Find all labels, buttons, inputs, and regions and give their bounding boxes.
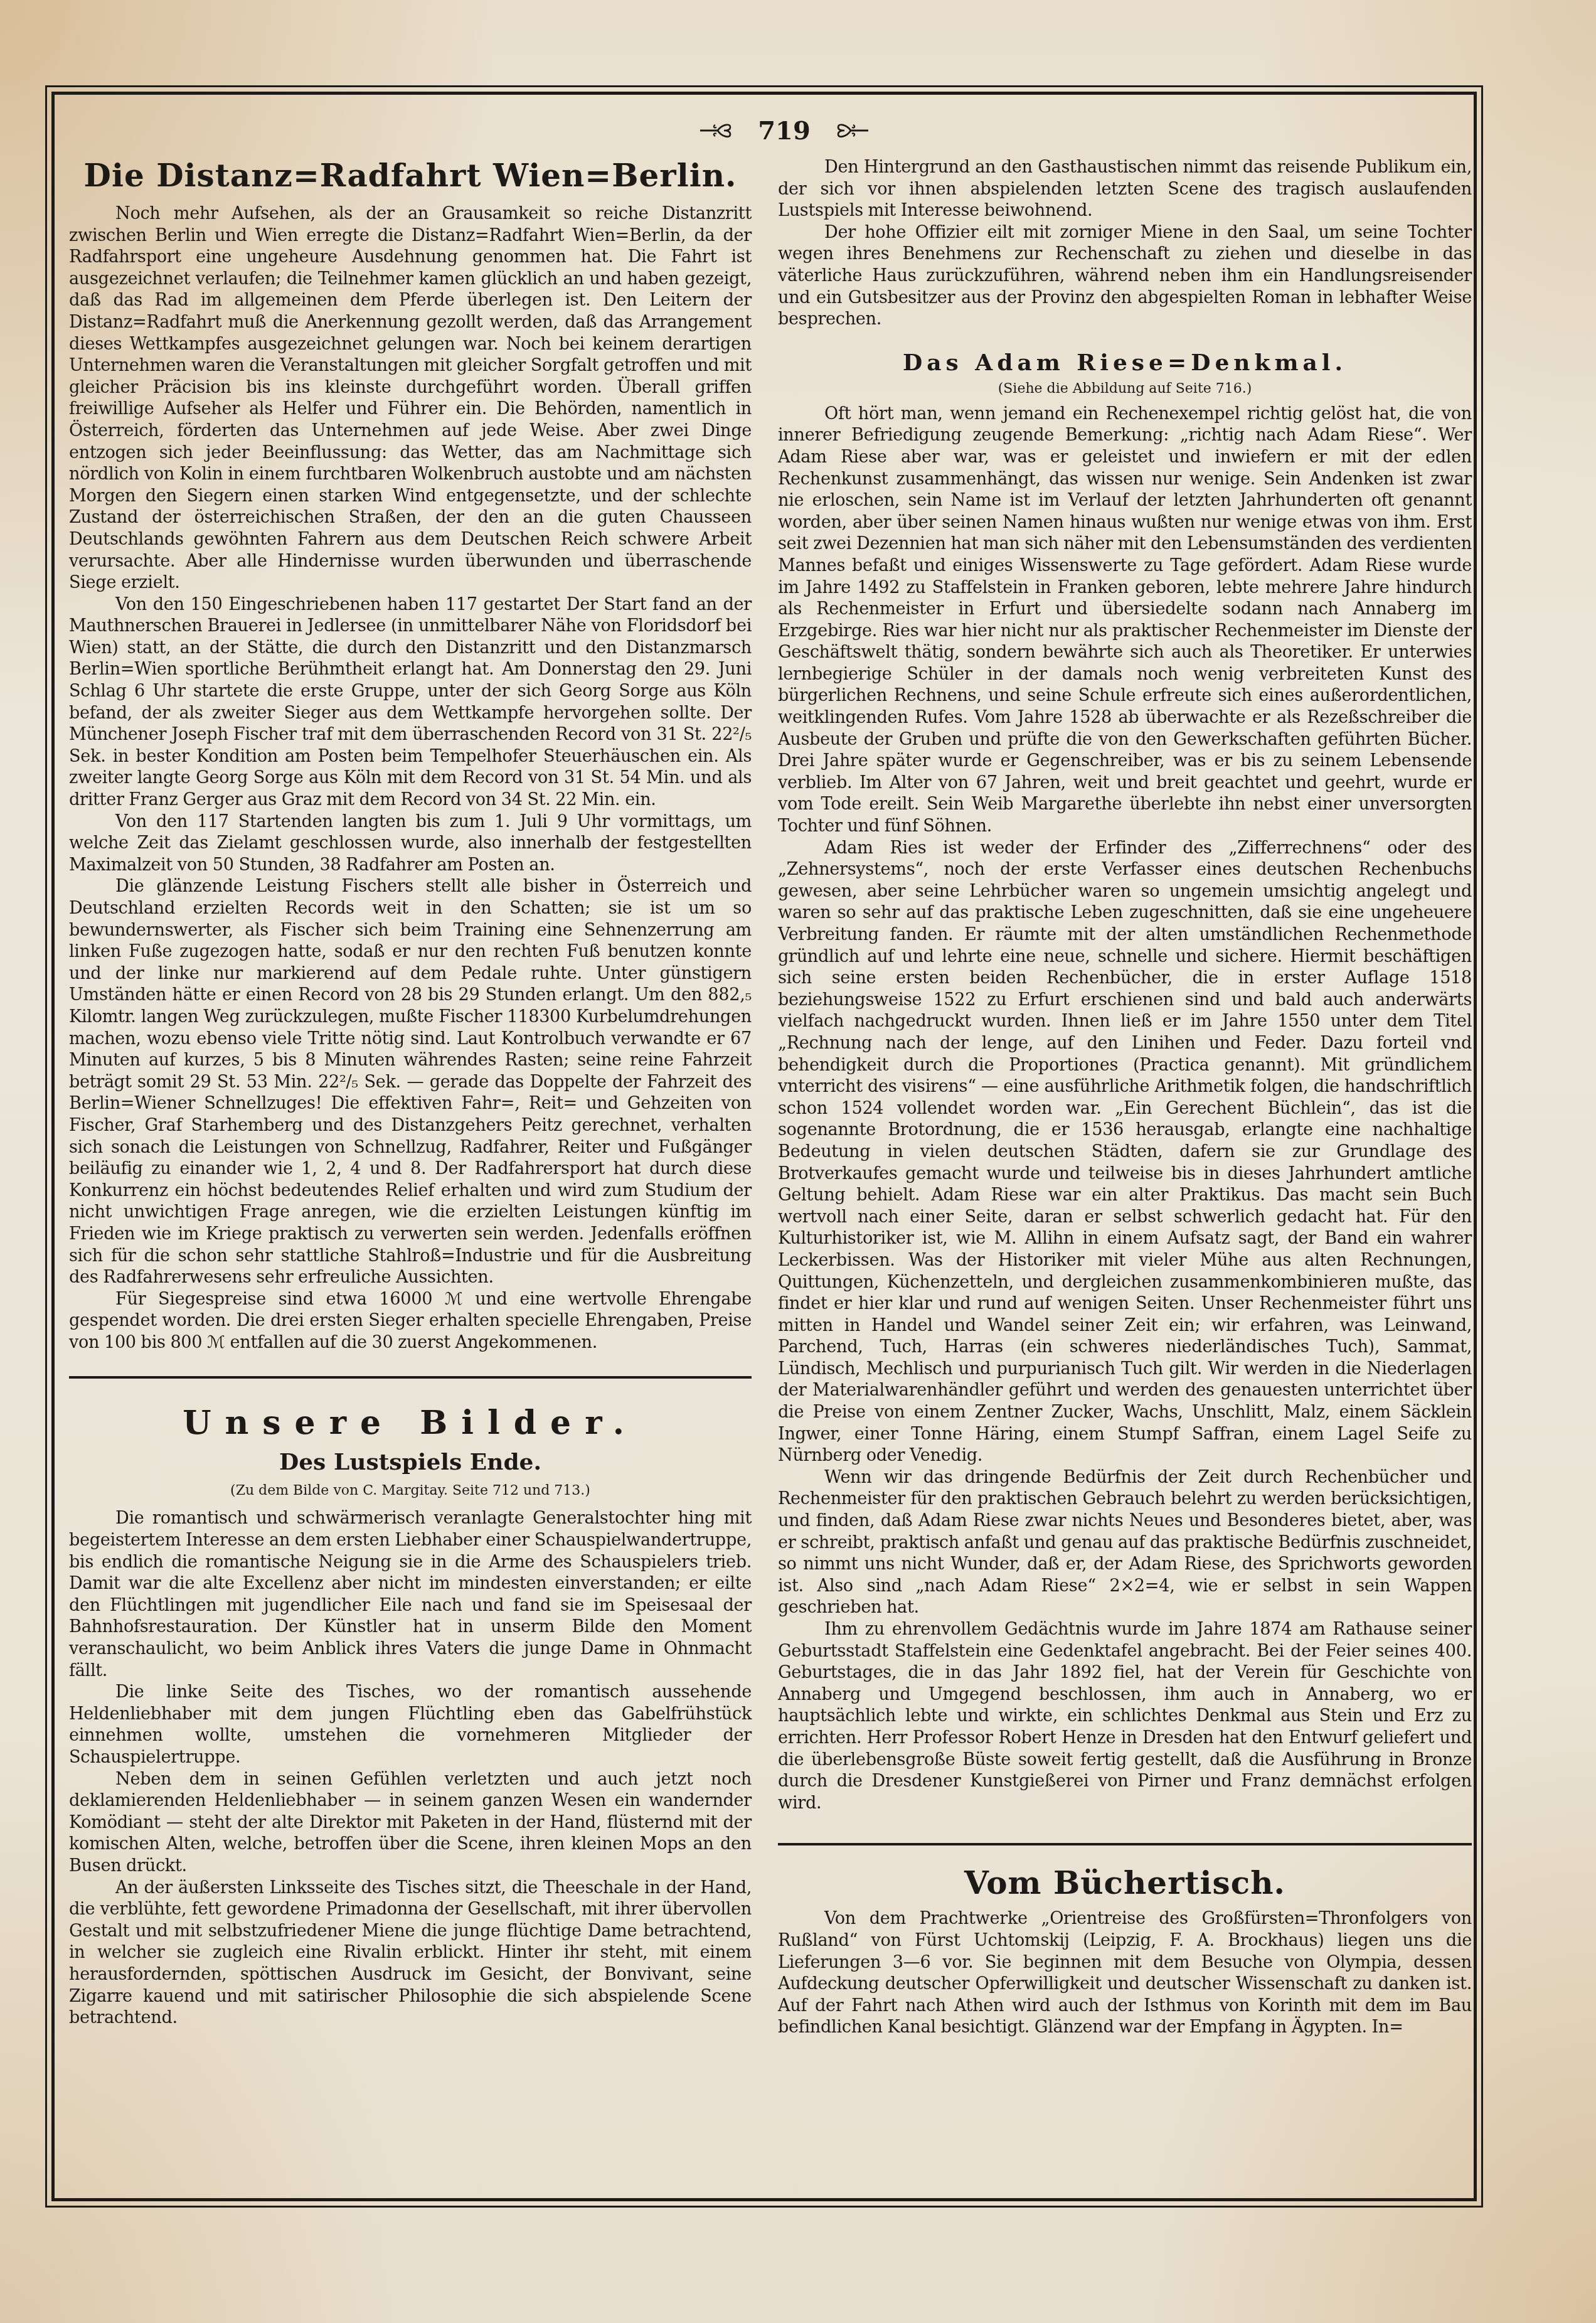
article-title: Die Distanz=Radfahrt Wien=Berlin. — [69, 157, 752, 195]
section-divider — [778, 1843, 1472, 1845]
article-title: Das Adam Riese=Denkmal. — [778, 348, 1472, 377]
article-paragraph: Neben dem in seinen Gefühlen verletzten … — [69, 1769, 752, 1877]
article-paragraph: Der hohe Offizier eilt mit zorniger Mien… — [778, 222, 1472, 331]
article-paragraph: Die linke Seite des Tisches, wo der roma… — [69, 1682, 752, 1768]
article-title: Unsere Bilder. — [69, 1404, 752, 1443]
section-divider — [69, 1376, 752, 1379]
article-paragraph: Ihm zu ehrenvollem Gedächtnis wurde im J… — [778, 1619, 1472, 1814]
article-subtitle: Des Lustspiels Ende. — [69, 1448, 752, 1477]
article-paragraph: Von den 150 Eingeschriebenen haben 117 g… — [69, 594, 752, 811]
article-paragraph: Von dem Prachtwerke „Orientreise des Gro… — [778, 1908, 1472, 2039]
article-paragraph: Noch mehr Aufsehen, als der an Grausamke… — [69, 203, 752, 594]
article-title: Vom Büchertisch. — [778, 1864, 1472, 1902]
fleuron-right-icon — [834, 120, 870, 141]
article-caption: (Siehe die Abbildung auf Seite 716.) — [778, 378, 1472, 400]
page-header: 719 — [690, 112, 878, 149]
article-caption: (Zu dem Bilde von C. Margitay. Seite 712… — [69, 1480, 752, 1502]
article-paragraph: An der äußersten Linksseite des Tisches … — [69, 1877, 752, 2029]
article-paragraph: Oft hört man, wenn jemand ein Rechenexem… — [778, 403, 1472, 838]
article-paragraph: Die romantisch und schwärmerisch veranla… — [69, 1508, 752, 1682]
page-number: 719 — [758, 116, 811, 146]
article-continuation: Den Hintergrund an den Gasthaustischen n… — [778, 157, 1472, 331]
article-paragraph: Adam Ries ist weder der Erfinder des „Zi… — [778, 838, 1472, 1467]
right-column: Den Hintergrund an den Gasthaustischen n… — [778, 157, 1472, 2039]
article-unsere-bilder: Unsere Bilder. Des Lustspiels Ende. (Zu … — [69, 1404, 752, 2029]
article-paragraph: Den Hintergrund an den Gasthaustischen n… — [778, 157, 1472, 222]
article-paragraph: Für Siegespreise sind etwa 16000 ℳ und e… — [69, 1289, 752, 1354]
left-column: Die Distanz=Radfahrt Wien=Berlin. Noch m… — [69, 157, 752, 2029]
article-distanz-radfahrt: Die Distanz=Radfahrt Wien=Berlin. Noch m… — [69, 157, 752, 1354]
article-paragraph: Wenn wir das dringende Bedürfnis der Zei… — [778, 1467, 1472, 1619]
article-buechertisch: Vom Büchertisch. Von dem Prachtwerke „Or… — [778, 1864, 1472, 2039]
article-paragraph: Die glänzende Leistung Fischers stellt a… — [69, 876, 752, 1288]
fleuron-left-icon — [699, 120, 734, 141]
article-adam-riese: Das Adam Riese=Denkmal. (Siehe die Abbil… — [778, 348, 1472, 1815]
article-paragraph: Von den 117 Startenden langten bis zum 1… — [69, 811, 752, 877]
